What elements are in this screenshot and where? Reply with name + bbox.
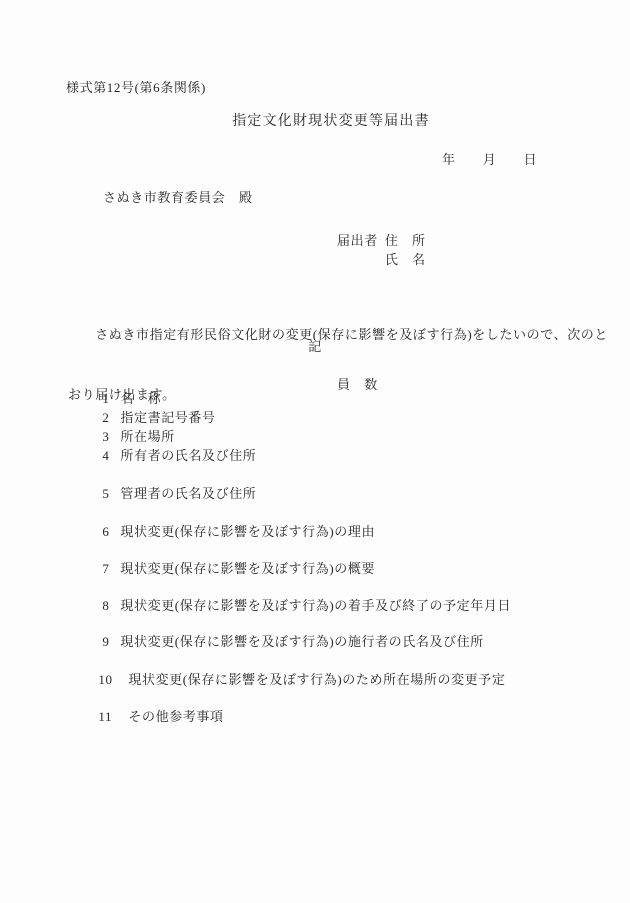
item-label: その他参考事項 xyxy=(128,709,223,724)
item-label: 管理者の氏名及び住所 xyxy=(120,486,256,501)
list-item-9: 9現状変更(保存に影響を及ぼす行為)の施行者の氏名及び住所 xyxy=(83,621,583,663)
item-number: 8 xyxy=(98,599,120,613)
document-title: 指定文化財現状変更等届出書 xyxy=(16,115,630,129)
applicant-name-label: 氏 名 xyxy=(385,250,426,269)
document-page: 様式第12号(第6条関係) 指定文化財現状変更等届出書 年 月 日 さぬき市教育… xyxy=(0,0,630,903)
list-item-5: 5管理者の氏名及び住所 xyxy=(83,473,583,515)
date-line: 年 月 日 xyxy=(442,153,537,167)
item-number: 10 xyxy=(98,673,128,687)
item-label: 現状変更(保存に影響を及ぼす行為)の概要 xyxy=(120,561,375,576)
item-label: 現状変更(保存に影響を及ぼす行為)のため所在場所の変更予定 xyxy=(128,672,505,687)
record-marker: 記 xyxy=(0,340,630,354)
applicant-address-label: 住 所 xyxy=(385,231,426,250)
quantity-label: 員 数 xyxy=(337,378,378,392)
item-number: 5 xyxy=(98,487,120,501)
item-label: 現状変更(保存に影響を及ぼす行為)の施行者の氏名及び住所 xyxy=(120,634,483,649)
item-number: 6 xyxy=(98,525,120,539)
item-number: 7 xyxy=(98,562,120,576)
item-label: 所有者の氏名及び住所 xyxy=(120,448,256,463)
applicant-block: 届出者 住 所 氏 名 xyxy=(337,231,426,269)
item-number: 4 xyxy=(98,449,120,463)
list-item-10: 10現状変更(保存に影響を及ぼす行為)のため所在場所の変更予定 xyxy=(83,659,583,701)
list-item-6: 6現状変更(保存に影響を及ぼす行為)の理由 xyxy=(83,511,583,553)
item-label: 現状変更(保存に影響を及ぼす行為)の着手及び終了の予定年月日 xyxy=(120,598,511,613)
addressee: さぬき市教育委員会 殿 xyxy=(103,191,253,205)
form-number: 様式第12号(第6条関係) xyxy=(66,81,206,95)
list-item-4: 4所有者の氏名及び住所 xyxy=(83,435,583,477)
list-item-11: 11その他参考事項 xyxy=(83,696,583,738)
list-item-7: 7現状変更(保存に影響を及ぼす行為)の概要 xyxy=(83,548,583,590)
applicant-role-label: 届出者 xyxy=(337,231,378,269)
item-number: 11 xyxy=(98,710,128,724)
item-number: 9 xyxy=(98,635,120,649)
item-label: 現状変更(保存に影響を及ぼす行為)の理由 xyxy=(120,524,375,539)
